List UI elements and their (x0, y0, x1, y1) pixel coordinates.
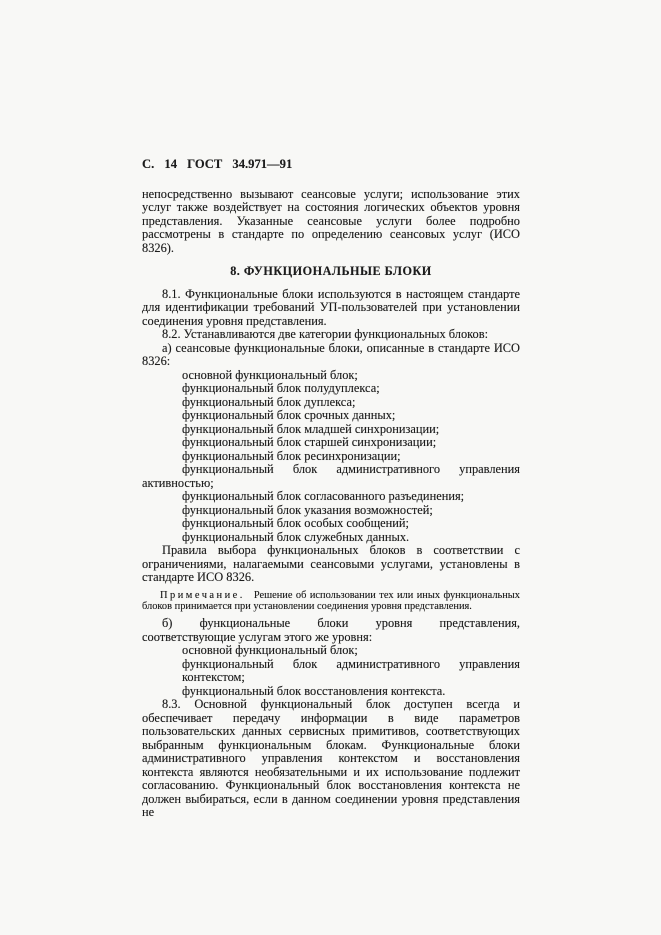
session-block-item: основной функциональный блок; (142, 369, 520, 383)
rules-paragraph: Правила выбора функциональных блоков в с… (142, 544, 520, 585)
session-block-item: функциональный блок младшей синхронизаци… (142, 423, 520, 437)
presentation-block-item: функциональный блок восстановления конте… (142, 685, 520, 699)
session-block-item: функциональный блок указания возможносте… (142, 504, 520, 518)
session-block-item: функциональный блок служебных данных. (142, 531, 520, 545)
session-block-item: функциональный блок старшей синхронизаци… (142, 436, 520, 450)
paragraph-8-1: 8.1. Функциональные блоки используются в… (142, 288, 520, 329)
section-heading: 8. ФУНКЦИОНАЛЬНЫЕ БЛОКИ (142, 265, 520, 279)
session-block-item: функциональный блок дуплекса; (142, 396, 520, 410)
text-column: С. 14 ГОСТ 34.971—91 непосредственно выз… (142, 158, 520, 820)
session-block-item: функциональный блок срочных данных; (142, 409, 520, 423)
note-paragraph: Примечание.Решение об использовании тех … (142, 590, 520, 614)
presentation-block-item: функциональный блок административного уп… (142, 658, 520, 685)
intro-paragraph: непосредственно вызывают сеансовые услуг… (142, 188, 520, 256)
session-block-item: функциональный блок административного уп… (142, 463, 520, 490)
session-block-item: функциональный блок согласованного разъе… (142, 490, 520, 504)
list-b-intro: б) функциональные блоки уровня представл… (142, 617, 520, 644)
session-block-item: функциональный блок ресинхронизации; (142, 450, 520, 464)
paragraph-8-2: 8.2. Устанавливаются две категории функц… (142, 328, 520, 342)
list-a-intro: а) сеансовые функциональные блоки, описа… (142, 342, 520, 369)
session-block-item: функциональный блок особых сообщений; (142, 517, 520, 531)
presentation-block-item: основной функциональный блок; (142, 644, 520, 658)
note-label: Примечание. (160, 590, 254, 601)
paragraph-8-3: 8.3. Основной функциональный блок доступ… (142, 698, 520, 820)
session-block-item: функциональный блок полудуплекса; (142, 382, 520, 396)
scanned-document-page: С. 14 ГОСТ 34.971—91 непосредственно выз… (0, 0, 661, 935)
page-header: С. 14 ГОСТ 34.971—91 (142, 158, 520, 172)
